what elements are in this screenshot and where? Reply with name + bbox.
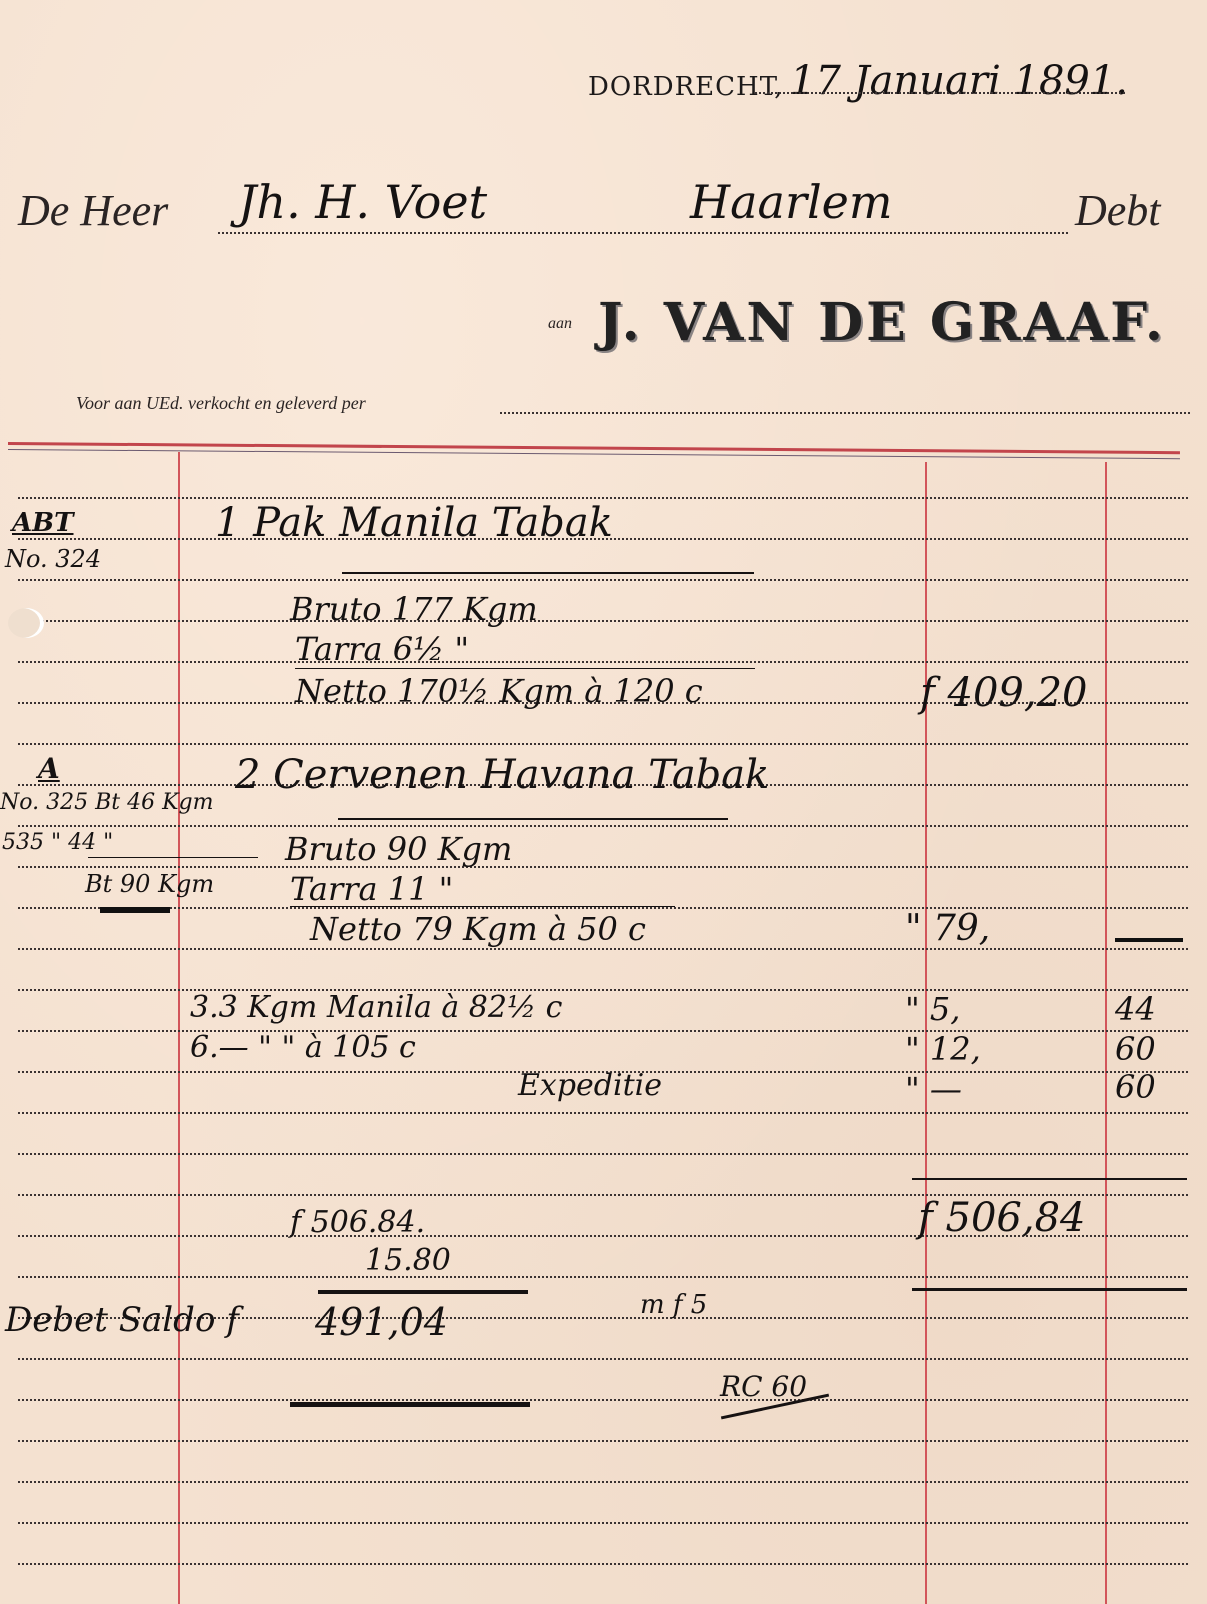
ledger-line: [18, 1440, 1188, 1442]
extra-line-manila-6-guilders: " 12,: [905, 1030, 981, 1068]
ledger-line: [18, 497, 1188, 499]
item1-title: 1 Pak Manila Tabak: [215, 500, 613, 546]
extra-line-expeditie-guilders: " —: [905, 1070, 962, 1108]
ledger-line: [18, 948, 1188, 950]
margin-mark-a: A: [38, 752, 60, 785]
item2-tarra: Tarra 11 ": [290, 870, 453, 908]
ledger-line: [18, 1112, 1188, 1114]
place-label: DORDRECHT,: [588, 72, 784, 102]
extra-line-manila-33-guilders: " 5,: [905, 990, 960, 1028]
total-top-rule: [912, 1178, 1187, 1180]
delivery-dotted-line: [500, 412, 1190, 414]
item2-title-rule: [338, 818, 728, 820]
margin-subtotal-rule: [88, 857, 258, 858]
item1-tarra-rule: [295, 668, 755, 669]
extra-line-manila-6: 6.— " " à 105 c: [190, 1030, 416, 1065]
ledger-line: [18, 620, 1188, 622]
margin-column-rule: [178, 452, 180, 1604]
extra-line-expeditie: Expeditie: [518, 1068, 662, 1103]
date-dotted-line: [755, 92, 1125, 94]
debit-label: Debt: [1075, 185, 1161, 236]
margin-mark-no325: No. 325 Bt 46 Kgm: [0, 790, 213, 815]
margin-mark-535: 535 " 44 ": [2, 830, 113, 855]
item2-amount-guilders: " 79,: [905, 908, 990, 949]
ledger-line: [18, 661, 1188, 663]
annotation-initials: m f 5: [640, 1290, 707, 1320]
extra-line-manila-33-cents: 44: [1115, 990, 1156, 1028]
item2-tarra-rule: [290, 906, 675, 907]
item2-bruto: Bruto 90 Kgm: [285, 830, 512, 868]
ledger-line: [18, 743, 1188, 745]
aan-label: aan: [548, 315, 572, 333]
invoice-date: 17 Januari 1891.: [790, 58, 1128, 104]
total-bottom-rule: [912, 1288, 1187, 1291]
item2-amount-cents-dash: [1115, 938, 1183, 942]
margin-mark-abt: ABT: [12, 508, 74, 538]
ledger-line: [18, 866, 1188, 868]
margin-mark-no324: No. 324: [5, 545, 101, 573]
extra-line-expeditie-cents: 60: [1115, 1068, 1156, 1106]
item1-tarra: Tarra 6½ ": [295, 630, 469, 668]
calc-deduction: 15.80: [365, 1243, 451, 1278]
extra-line-manila-33: 3.3 Kgm Manila à 82½ c: [190, 990, 562, 1025]
invoice-total: f 506,84: [918, 1195, 1085, 1241]
ledger-line: [18, 1399, 1188, 1401]
calc-subtotal: f 506.84.: [290, 1205, 425, 1240]
ledger-line: [18, 1481, 1188, 1483]
ledger-line: [18, 1563, 1188, 1565]
ledger-line: [18, 1276, 1188, 1278]
customer-name: Jh. H. Voet: [238, 175, 487, 229]
item1-title-rule: [342, 572, 754, 574]
item1-bruto: Bruto 177 Kgm: [290, 590, 538, 628]
recipient-dotted-line: [218, 232, 1068, 234]
ledger-line: [18, 579, 1188, 581]
customer-city: Haarlem: [690, 175, 893, 229]
ledger-line: [18, 825, 1188, 827]
margin-mark-bt90: Bt 90 Kgm: [85, 870, 214, 898]
ledger-line: [18, 1153, 1188, 1155]
item1-amount: f 409,20: [920, 670, 1087, 716]
margin-double-rule: [100, 907, 170, 913]
recipient-label: De Heer: [18, 185, 168, 236]
extra-line-manila-6-cents: 60: [1115, 1030, 1156, 1068]
ledger-line: [18, 907, 1188, 909]
ledger-line: [18, 1358, 1188, 1360]
balance-double-rule: [290, 1402, 530, 1407]
annotation-note: RC 60: [720, 1370, 807, 1403]
firm-name: J. VAN DE GRAAF.: [598, 292, 1166, 353]
ledger-line: [18, 1522, 1188, 1524]
punch-hole: [8, 608, 44, 638]
cents-column-rule: [1105, 462, 1107, 1604]
item1-netto: Netto 170½ Kgm à 120 c: [295, 672, 703, 710]
item2-netto: Netto 79 Kgm à 50 c: [310, 910, 646, 948]
header-red-rule: [8, 442, 1180, 454]
balance-amount: 491,04: [315, 1300, 448, 1344]
delivery-line-label: Voor aan UEd. verkocht en geleverd per: [76, 393, 366, 414]
item2-title: 2 Cervenen Havana Tabak: [235, 752, 769, 798]
balance-label: Debet Saldo f: [5, 1300, 239, 1340]
calc-rule: [318, 1290, 528, 1294]
